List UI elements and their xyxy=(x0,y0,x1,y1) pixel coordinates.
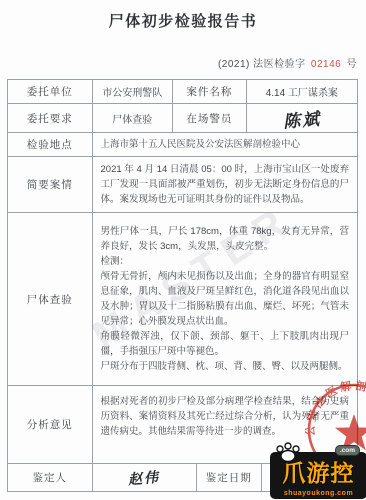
label-case-name: 案件名称 xyxy=(173,80,247,103)
table-row-case-summary: 简要案情 2021 年 4 月 14 日清晨 05：00 时，上海市宝山区一处废… xyxy=(8,157,357,213)
value-case-name: 4.14 工厂谋杀案 xyxy=(247,80,357,103)
value-entrust-unit: 市公安刑警队 xyxy=(93,80,174,103)
value-case-summary: 2021 年 4 月 14 日清晨 05：00 时，上海市宝山区一处废弃工厂发现… xyxy=(93,157,358,212)
label-entrust-request: 委托要求 xyxy=(8,104,93,132)
signature-appraiser: 赵伟 xyxy=(93,464,197,491)
body-exam-paragraph: 检测： xyxy=(101,254,350,269)
value-entrust-request: 尸体查验 xyxy=(93,104,174,132)
page-title: 尸体初步检验报告书 xyxy=(0,10,366,31)
label-officer-present: 在场警员 xyxy=(173,104,247,132)
table-row-case: 委托单位 市公安刑警队 案件名称 4.14 工厂谋杀案 xyxy=(8,80,357,104)
label-analysis-opinion: 分析意见 xyxy=(8,386,93,463)
label-appraiser: 鉴定人 xyxy=(8,464,93,491)
body-exam-paragraph: 角膜轻微浑浊，仅下颌、颈部、躯干、上下肢肌肉出现尸僵，手指强压尸斑中等褪色。 xyxy=(101,329,350,359)
body-exam-paragraph: 颅骨无骨折，颅内未见损伤以及出血；全身的器官有明显窒息征象，肌肉、血液及尸斑呈鲜… xyxy=(101,269,350,329)
body-exam-paragraph: 男性尸体一具，尸长 178cm，体重 78kg，发育无异常，营养良好，发长 3c… xyxy=(101,224,350,254)
logo-url: shuayoukong.com xyxy=(271,490,366,497)
label-case-summary: 简要案情 xyxy=(8,157,93,212)
site-logo: .com 爪游控 shuayoukong.com xyxy=(271,453,366,498)
label-exam-location: 检验地点 xyxy=(8,133,93,156)
label-appraisal-date: 鉴定日期 xyxy=(197,464,262,491)
officer-signature-text: 陈斌 xyxy=(282,104,322,132)
label-body-exam: 尸体查验 xyxy=(8,213,93,385)
table-row-body-exam: 尸体查验 男性尸体一具，尸长 178cm，体重 78kg，发育无异常，营养良好，… xyxy=(8,213,357,386)
table-row-request: 委托要求 尸体查验 在场警员 陈斌 xyxy=(8,104,357,133)
report-page: 尸体初步检验报告书 (2021) 法医检验字 02146 号 MASTER 委托… xyxy=(0,0,366,500)
doc-number-value: 02146 xyxy=(309,59,343,70)
doc-number: (2021) 法医检验字 02146 号 xyxy=(218,55,357,70)
label-entrust-unit: 委托单位 xyxy=(8,80,93,103)
doc-number-prefix: (2021) 法医检验字 xyxy=(218,59,306,70)
value-body-exam: 男性尸体一具，尸长 178cm，体重 78kg，发育无异常，营养良好，发长 3c… xyxy=(93,213,358,385)
value-exam-location: 上海市第十五人民医院及公安法医解剖检验中心 xyxy=(93,133,358,156)
appraiser-signature-text: 赵伟 xyxy=(127,466,161,489)
logo-text: 爪游控 xyxy=(271,455,366,488)
table-row-location: 检验地点 上海市第十五人民医院及公安法医解剖检验中心 xyxy=(8,133,357,157)
doc-number-suffix: 号 xyxy=(347,59,358,70)
signature-officer: 陈斌 xyxy=(247,104,357,132)
